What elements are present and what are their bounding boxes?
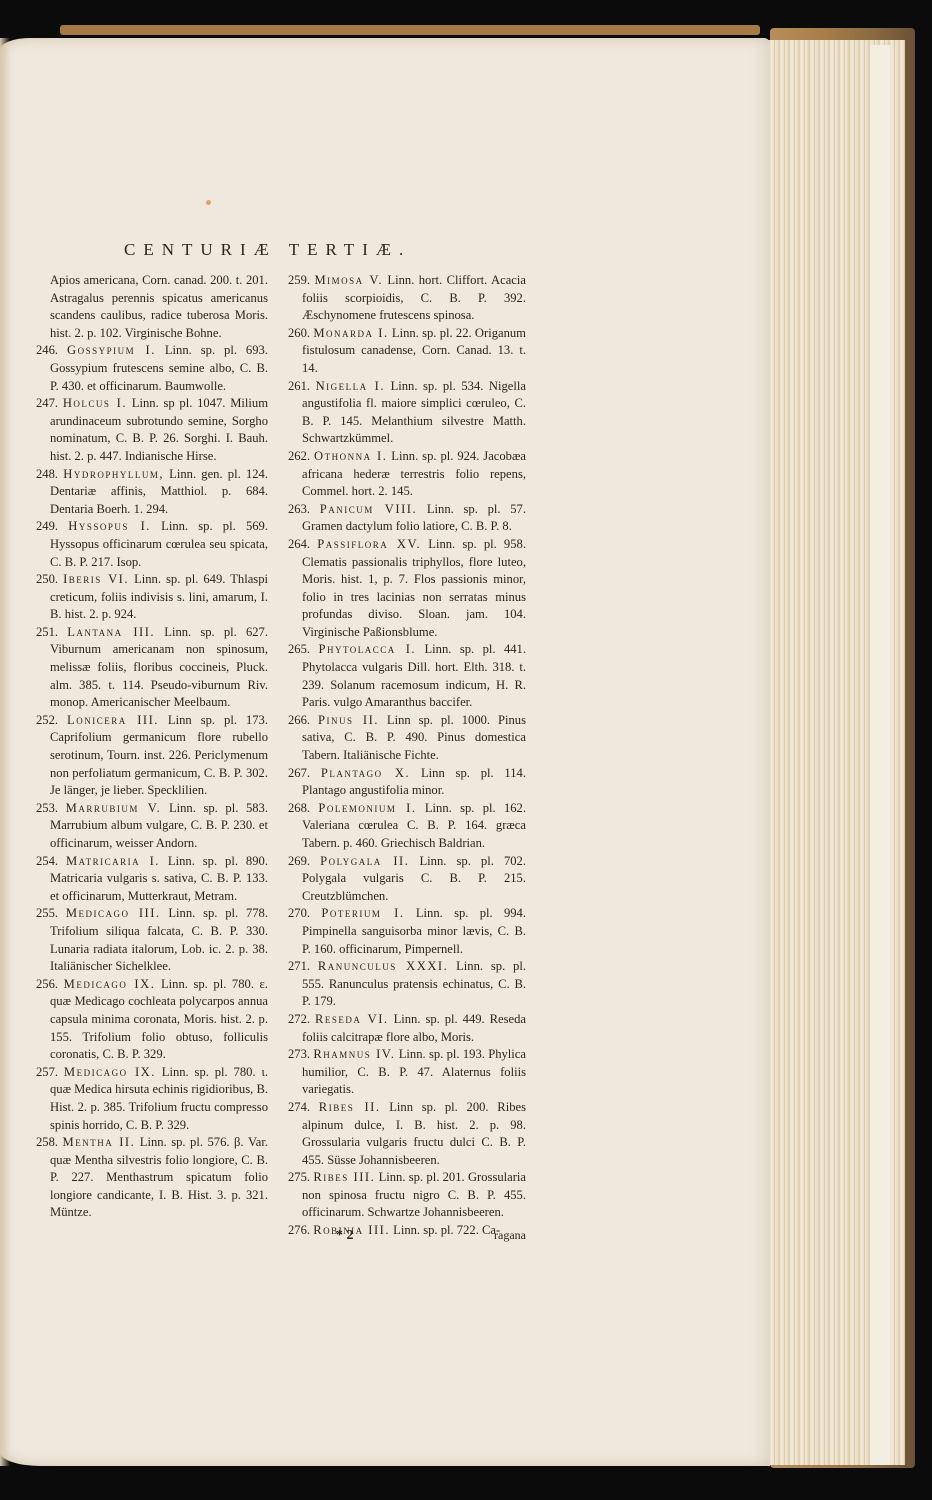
entry: 262. Othonna I. Linn. sp. pl. 924. Jacob… (288, 448, 526, 501)
entry: 269. Polygala II. Linn. sp. pl. 702. Pol… (288, 853, 526, 906)
entry: 274. Ribes II. Linn sp. pl. 200. Ribes a… (288, 1099, 526, 1169)
entry: 247. Holcus I. Linn. sp pl. 1047. Milium… (36, 395, 268, 465)
entry: 272. Reseda VI. Linn. sp. pl. 449. Resed… (288, 1011, 526, 1046)
entry: 273. Rhamnus IV. Linn. sp. pl. 193. Phyl… (288, 1046, 526, 1099)
entry: 253. Marrubium V. Linn. sp. pl. 583. Mar… (36, 800, 268, 853)
book-cover-top-edge (60, 25, 760, 35)
entry: 249. Hyssopus I. Linn. sp. pl. 569. Hyss… (36, 518, 268, 571)
catchword: ragana (494, 1228, 526, 1243)
entry: 271. Ranunculus XXXI. Linn. sp. pl. 555.… (288, 958, 526, 1011)
entry: 252. Lonicera III. Linn sp. pl. 173. Cap… (36, 712, 268, 800)
entry: 250. Iberis VI. Linn. sp. pl. 649. Thlas… (36, 571, 268, 624)
entry: 266. Pinus II. Linn sp. pl. 1000. Pinus … (288, 712, 526, 765)
entry: 270. Poterium I. Linn. sp. pl. 994. Pimp… (288, 905, 526, 958)
entry: 261. Nigella I. Linn. sp. pl. 534. Nigel… (288, 378, 526, 448)
entry: 260. Monarda I. Linn. sp. pl. 22. Origan… (288, 325, 526, 378)
entry: 258. Mentha II. Linn. sp. pl. 576. β. Va… (36, 1134, 268, 1222)
left-column: Apios americana, Corn. canad. 200. t. 20… (36, 272, 268, 1222)
entry: 257. Medicago IX. Linn. sp. pl. 780. ι. … (36, 1064, 268, 1134)
right-column: 259. Mimosa V. Linn. hort. Cliffort. Aca… (288, 272, 526, 1240)
entry: Apios americana, Corn. canad. 200. t. 20… (36, 272, 268, 342)
gutter-shadow (0, 38, 10, 1466)
entry: 263. Panicum VIII. Linn. sp. pl. 57. Gra… (288, 501, 526, 536)
entry: 254. Matricaria I. Linn. sp. pl. 890. Ma… (36, 853, 268, 906)
entry: 275. Ribes III. Linn. sp. pl. 201. Gross… (288, 1169, 526, 1222)
last-leaf-edge (870, 45, 890, 1465)
entry: 255. Medicago III. Linn. sp. pl. 778. Tr… (36, 905, 268, 975)
entry: 267. Plantago X. Linn sp. pl. 114. Plant… (288, 765, 526, 800)
signature-mark: * 2 (336, 1228, 354, 1244)
entry: 264. Passiflora XV. Linn. sp. pl. 958. C… (288, 536, 526, 642)
entry: 246. Gossypium I. Linn. sp. pl. 693. Gos… (36, 342, 268, 395)
entry: 248. Hydrophyllum, Linn. gen. pl. 124. D… (36, 466, 268, 519)
paper-stain (206, 200, 211, 205)
page-heading: CENTURIÆ TERTIÆ. (124, 240, 411, 260)
entry: 276. Robinia III. Linn. sp. pl. 722. Ca- (288, 1222, 526, 1240)
entry: 265. Phytolacca I. Linn. sp. pl. 441. Ph… (288, 641, 526, 711)
entry: 251. Lantana III. Linn. sp. pl. 627. Vib… (36, 624, 268, 712)
entry: 259. Mimosa V. Linn. hort. Cliffort. Aca… (288, 272, 526, 325)
entry: 268. Polemonium I. Linn. sp. pl. 162. Va… (288, 800, 526, 853)
entry: 256. Medicago IX. Linn. sp. pl. 780. ε. … (36, 976, 268, 1064)
